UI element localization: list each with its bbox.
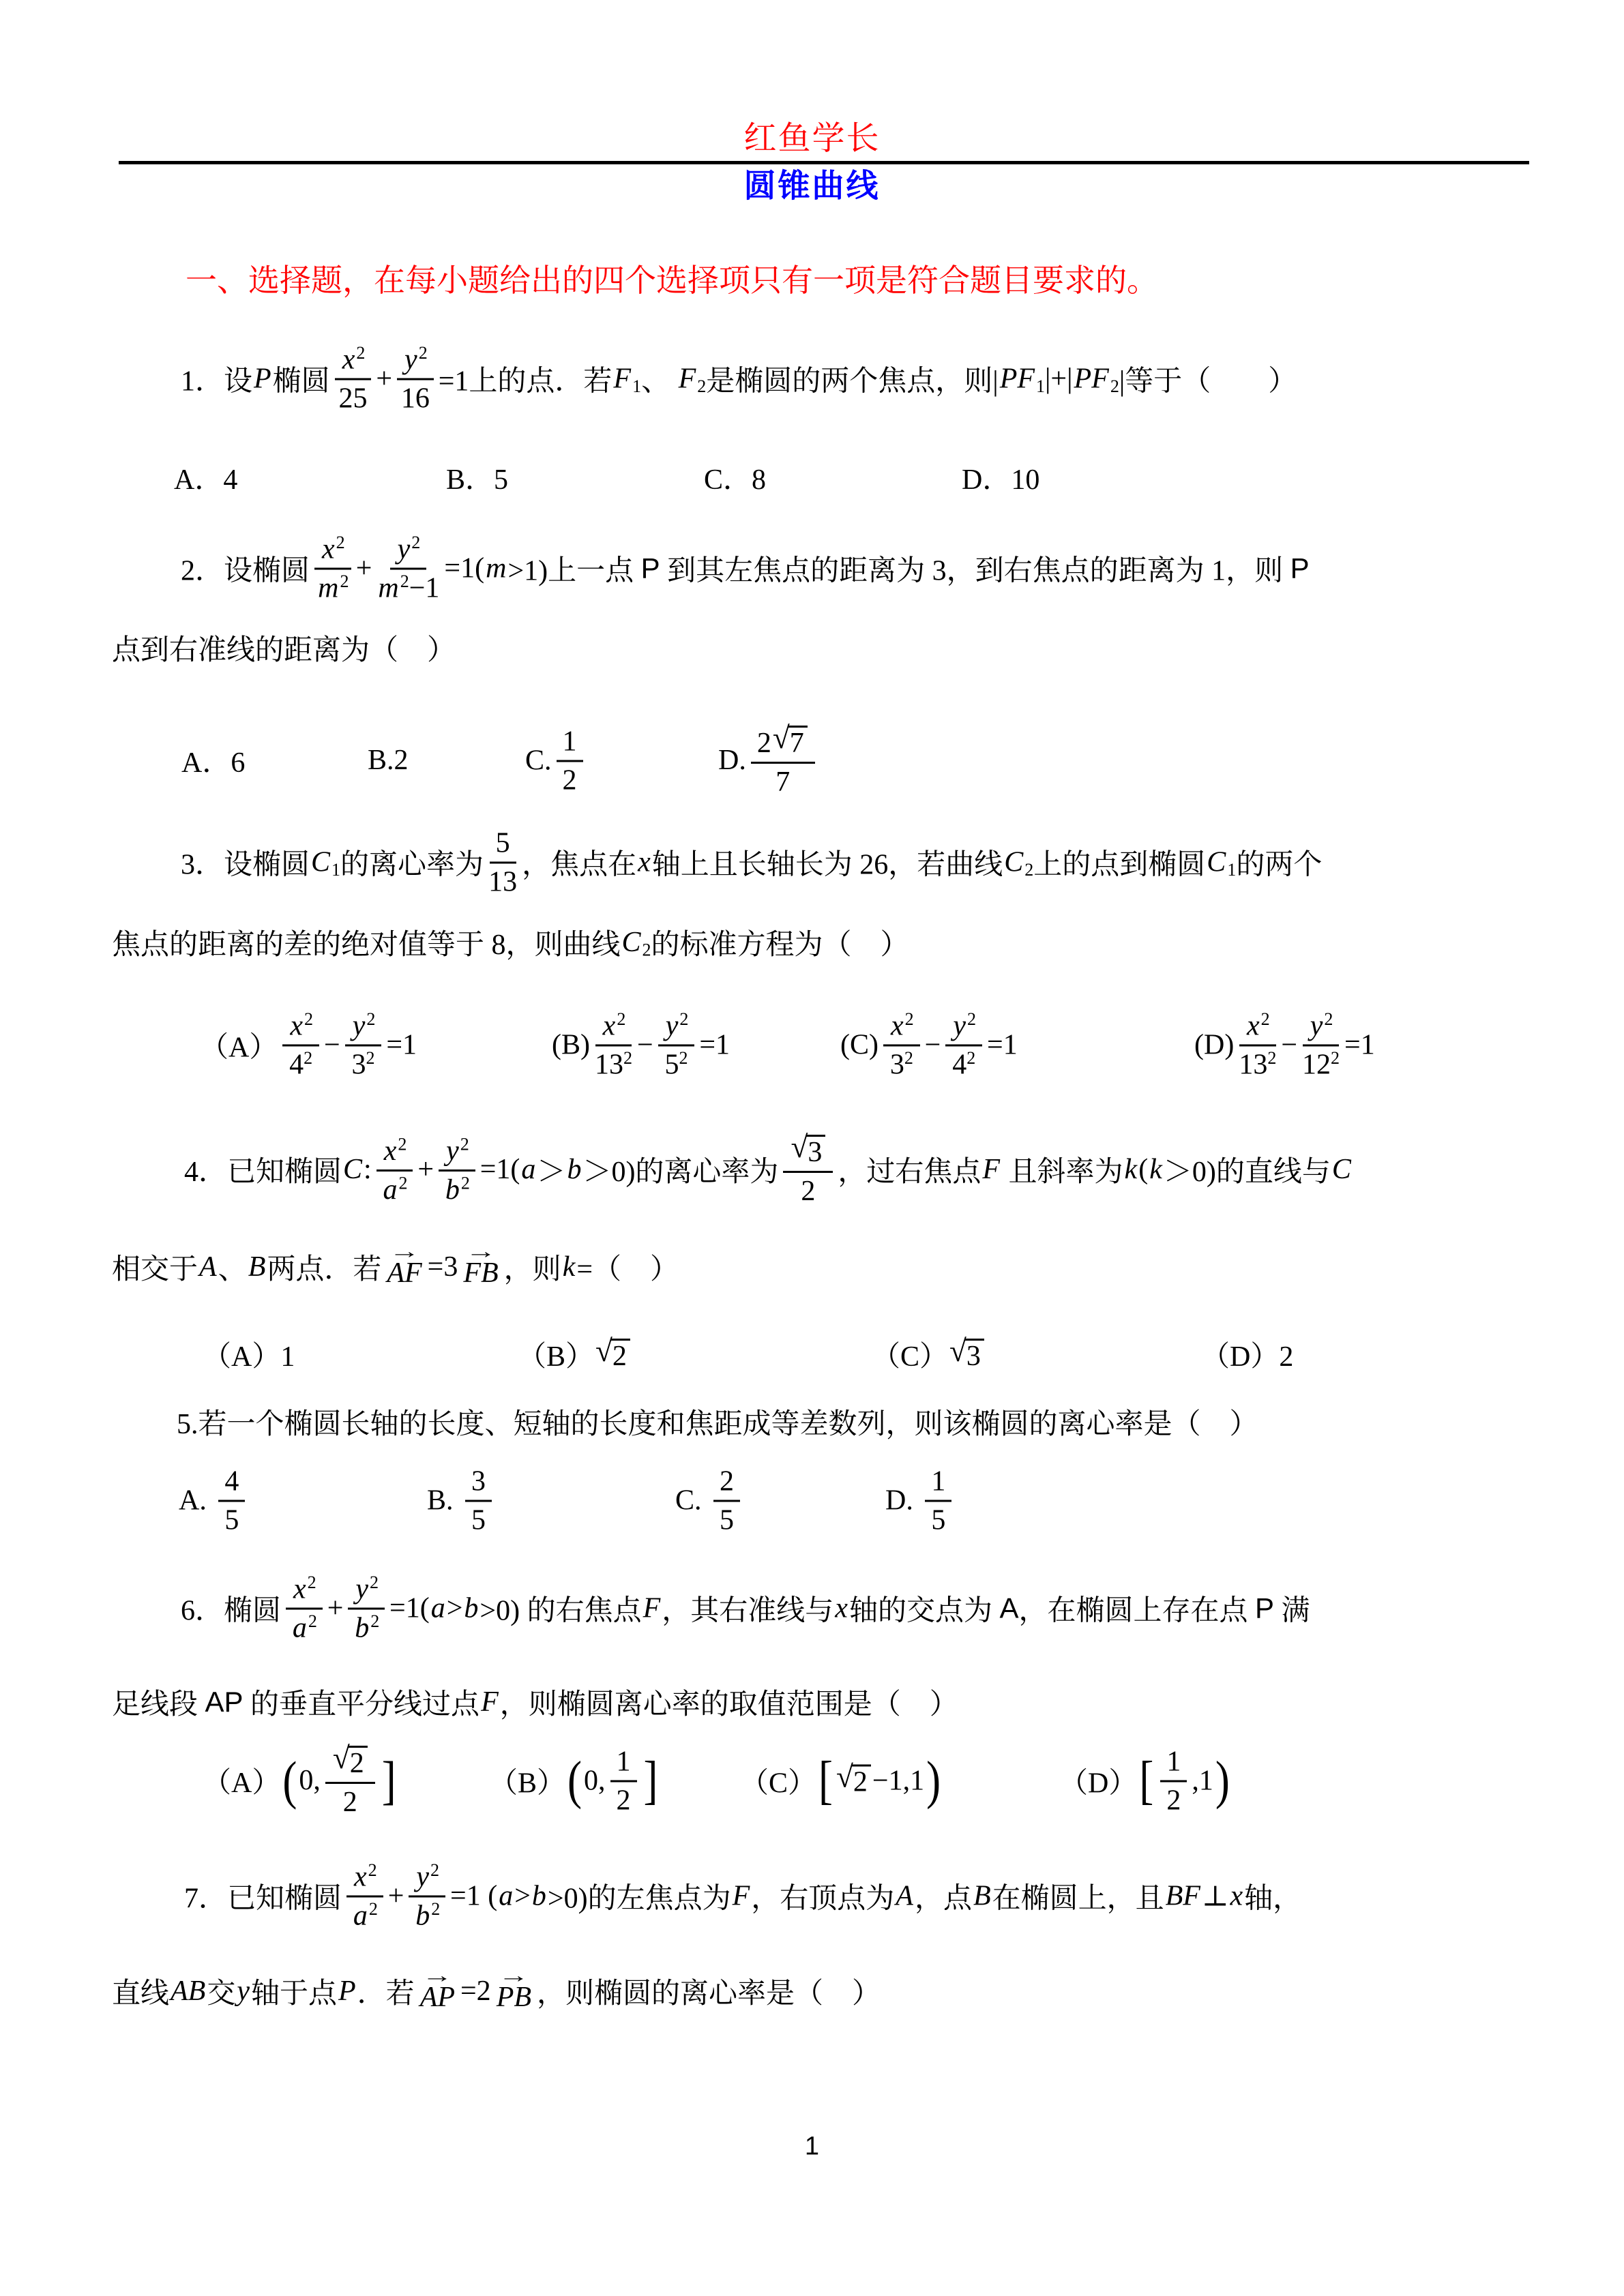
question-4-option-d: （D）2 bbox=[1201, 1334, 1293, 1375]
question-4-option-a: （A）1 bbox=[203, 1334, 295, 1375]
question-6-option-d: （D）[12,1) bbox=[1059, 1746, 1232, 1815]
question-2-option-b: B.2 bbox=[368, 744, 409, 777]
question-5-option-b: B. 35 bbox=[427, 1466, 497, 1535]
question-4-option-b: （B）√2 bbox=[518, 1334, 632, 1375]
question-7-stem: 7．已知椭圆x2a2+y2b2=1 (a>b>0)的左焦点为F，右顶点为A，点B… bbox=[184, 1862, 1301, 1930]
question-6-stem-2: 足线段 AP 的垂直平分线过点F，则椭圆离心率的取值范围是（ ） bbox=[112, 1682, 958, 1723]
question-3-stem: 3．设椭圆C1的离心率为513，焦点在x轴上且长轴长为 26，若曲线C2上的点到… bbox=[181, 828, 1322, 897]
question-6-option-b: （B）(0,12] bbox=[489, 1746, 660, 1815]
question-3-option-c: (C)x232−y242=1 bbox=[840, 1011, 1018, 1079]
question-2-option-c: C.12 bbox=[525, 726, 588, 795]
worksheet-page: 红鱼学长 圆锥曲线 一、选择题，在每小题给出的四个选择项只有一项是符合题目要求的… bbox=[0, 0, 1624, 2296]
question-6-option-c: （C）[√2−1,1) bbox=[740, 1759, 943, 1802]
question-7-stem-2: 直线AB交y轴于点P．若→AP=2→PB，则椭圆的离心率是（ ） bbox=[112, 1969, 881, 2014]
question-4-option-c: （C）√3 bbox=[872, 1334, 986, 1375]
question-5-stem: 5.若一个椭圆长轴的长度、短轴的长度和焦距成等差数列，则该椭圆的离心率是（ ） bbox=[177, 1401, 1258, 1442]
question-2-option-a: A．6 bbox=[181, 740, 245, 781]
question-4-stem: 4．已知椭圆C:x2a2+y2b2=1(a＞b＞0)的离心率为√32，过右焦点F… bbox=[184, 1133, 1353, 1206]
question-4-stem-2: 相交于A、B两点．若→AF=3→FB，则k=（ ） bbox=[112, 1244, 679, 1289]
section-heading: 一、选择题，在每小题给出的四个选择项只有一项是符合题目要求的。 bbox=[186, 256, 1158, 301]
question-3-option-b: (B)x2132−y252=1 bbox=[552, 1011, 730, 1079]
question-1-option-b: B．5 bbox=[446, 457, 508, 498]
question-3-stem-2: 焦点的距离的差的绝对值等于 8，则曲线C2的标准方程为（ ） bbox=[112, 922, 909, 963]
page-title: 圆锥曲线 bbox=[0, 161, 1624, 207]
question-1-option-d: D．10 bbox=[962, 457, 1039, 498]
page-number: 1 bbox=[0, 2132, 1624, 2162]
question-1-stem: 1．设P椭圆x225+y216=1上的点．若F1、 F2是椭圆的两个焦点，则|P… bbox=[181, 344, 1297, 413]
watermark-text: 红鱼学长 bbox=[0, 112, 1624, 159]
question-6-stem: 6．椭圆x2a2+y2b2=1(a>b>0) 的右焦点F，其右准线与x轴的交点为… bbox=[181, 1574, 1310, 1643]
question-3-option-a: （A）x242−y232=1 bbox=[200, 1011, 417, 1079]
question-3-option-d: (D)x2132−y2122=1 bbox=[1194, 1011, 1375, 1079]
question-2-stem-2: 点到右准线的距离为（ ） bbox=[112, 627, 456, 668]
question-5-option-c: C. 25 bbox=[675, 1466, 745, 1535]
question-2-stem: 2．设椭圆x2m2+y2m2−1=1(m>1)上一点 P 到其左焦点的距离为 3… bbox=[181, 534, 1310, 603]
question-5-option-d: D. 15 bbox=[885, 1466, 956, 1535]
question-6-option-a: （A）(0,√22] bbox=[203, 1744, 398, 1817]
question-2-option-d: D.2√77 bbox=[718, 724, 820, 796]
question-1-option-c: C．8 bbox=[704, 457, 766, 498]
question-1-option-a: A．4 bbox=[174, 457, 237, 498]
question-5-option-a: A. 45 bbox=[179, 1466, 250, 1535]
